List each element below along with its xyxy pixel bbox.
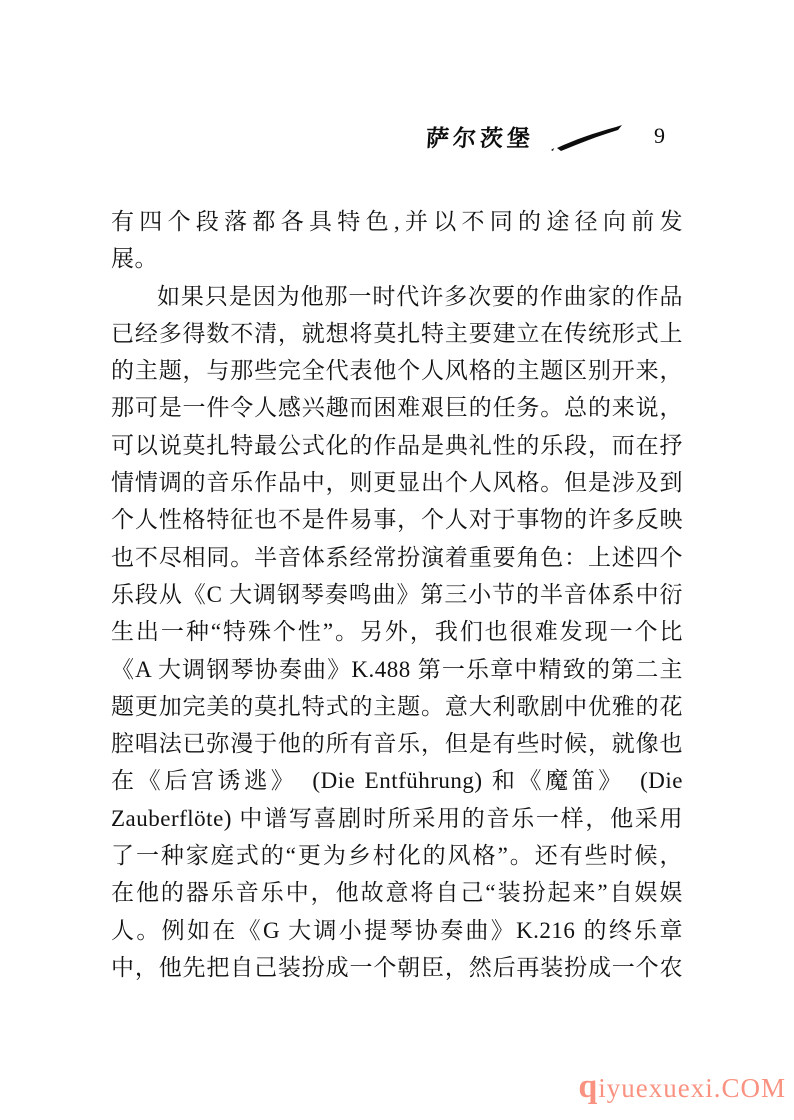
text-line: 人。例如在《G 大调小提琴协奏曲》K.216 的终乐章 — [111, 912, 683, 949]
page-header: 萨尔茨堡 9 — [426, 118, 665, 154]
text-line: 已经多得数不清，就想将莫扎特主要建立在传统形式上 — [111, 315, 683, 352]
page-number: 9 — [654, 123, 665, 149]
text-line: 也不尽相同。半音体系经常扮演着重要角色：上述四个 — [111, 539, 683, 576]
watermark-logo-q: q — [578, 1068, 598, 1105]
text-line: 在他的器乐音乐中，他故意将自己“装扮起来”自娱娱 — [111, 874, 683, 911]
text-line: 如果只是因为他那一时代许多次要的作曲家的作品 — [111, 278, 683, 315]
text-line: 在《后宫诱逃》 (Die Entführung) 和《魔笛》 (Die — [111, 762, 683, 799]
text-line: 生出一种“特殊个性”。另外，我们也很难发现一个比 — [111, 613, 683, 650]
watermark: qiyuexuexi.COM — [578, 1068, 786, 1106]
book-page: 萨尔茨堡 9 有四个段落都各具特色,并以不同的途径向前发展。如果只是因为他那一时… — [0, 0, 794, 1120]
text-line: 个人性格特征也不是件易事，个人对于事物的许多反映 — [111, 501, 683, 538]
brush-stroke-decoration — [548, 125, 628, 153]
text-line: 《A 大调钢琴协奏曲》K.488 第一乐章中精致的第二主 — [111, 651, 683, 688]
watermark-text: iyuexuexi.COM — [598, 1073, 786, 1103]
text-line: 可以说莫扎特最公式化的作品是典礼性的乐段，而在抒 — [111, 427, 683, 464]
text-line: 情情调的音乐作品中，则更显出个人风格。但是涉及到 — [111, 464, 683, 501]
text-line: 腔唱法已弥漫于他的所有音乐，但是有些时候，就像也 — [111, 725, 683, 762]
text-line: Zauberflöte) 中谱写喜剧时所采用的音乐一样，他采用 — [111, 800, 683, 837]
text-line: 有四个段落都各具特色,并以不同的途径向前发 — [111, 203, 683, 240]
text-line: 了一种家庭式的“更为乡村化的风格”。还有些时候， — [111, 837, 683, 874]
running-header-title: 萨尔茨堡 — [425, 120, 535, 153]
text-line: 的主题，与那些完全代表他个人风格的主题区别开来， — [111, 352, 683, 389]
text-line: 那可是一件令人感兴趣而困难艰巨的任务。总的来说， — [111, 389, 683, 426]
text-line: 中，他先把自己装扮成一个朝臣，然后再装扮成一个农 — [111, 949, 683, 986]
text-line: 题更加完美的莫扎特式的主题。意大利歌剧中优雅的花 — [111, 688, 683, 725]
body-text: 有四个段落都各具特色,并以不同的途径向前发展。如果只是因为他那一时代许多次要的作… — [111, 203, 683, 986]
text-line: 乐段从《C 大调钢琴奏鸣曲》第三小节的半音体系中衍 — [111, 576, 683, 613]
text-line: 展。 — [111, 240, 683, 277]
